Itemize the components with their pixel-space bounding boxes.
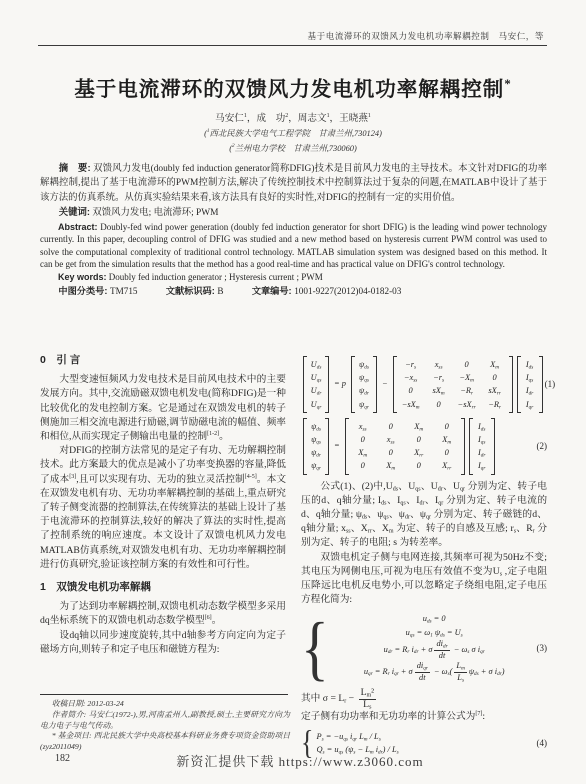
matrix-cell: −xss xyxy=(397,371,425,384)
page-title: 基于电流滞环的双馈风力发电机功率解耦控制* xyxy=(40,72,546,102)
page-number: 182 xyxy=(55,753,70,764)
flux-vector-2: ψdsψqsψdrψqr xyxy=(303,418,329,475)
page-title-text: 基于电流滞环的双馈风力发电机功率解耦控制 xyxy=(74,79,504,101)
matrix-cell: Xm xyxy=(405,420,433,433)
current-vector: IdsIqsIdrIqr xyxy=(517,356,543,413)
matrix-cell: 0 xyxy=(433,446,461,459)
equation-line: udr = Rr idr + σdidrdt − ωs σ iqr xyxy=(384,639,485,661)
vector-entry: ψqs xyxy=(355,371,373,384)
article-id-value: 1001-9227(2012)04-0182-03 xyxy=(294,286,401,296)
running-head: 基于电流滞环的双馈风力发电机功率解耦控制 马安仁，等 xyxy=(308,30,544,42)
matrix-cell: 0 xyxy=(349,459,377,472)
received-date: 收稿日期: 2012-03-24 xyxy=(40,699,290,710)
matrix-cell: 0 xyxy=(397,384,425,397)
abstract-cn: 摘 要: 双馈风力发电(doubly fed induction generat… xyxy=(40,161,547,205)
section1-paragraph-1: 为了达到功率解耦控制,双馈电机动态数学模型多采用dq坐标系统下的双馈电机动态数学… xyxy=(40,600,286,628)
vector-entry: Iqr xyxy=(521,398,539,411)
equation-1-minus: − xyxy=(382,378,388,391)
keywords-en: Key words: Doubly fed induction generato… xyxy=(40,271,547,284)
impedance-matrix: −rsxss0Xm−xss−rs−Xm00sXm−RrsXrr−sXm0−sXr… xyxy=(393,356,513,413)
doc-code: 文献标识码: B xyxy=(166,286,224,296)
equation-line: Ps = −uqs iqr Lm / Ls xyxy=(316,730,380,744)
matrix-cell: 0 xyxy=(425,398,453,411)
current-vector-2: IdsIqsIdrIqr xyxy=(469,418,495,475)
meta-block: 摘 要: 双馈风力发电(doubly fed induction generat… xyxy=(40,161,547,298)
matrix-cell: Xm xyxy=(349,446,377,459)
affiliation-2: (2兰州电力学校 甘肃兰州,730060) xyxy=(40,142,546,154)
vector-entry: ψqr xyxy=(307,459,325,472)
matrix-row: −xss−rs−Xm0 xyxy=(397,371,509,384)
equation-4-number: (4) xyxy=(537,737,548,750)
voltage-vector: UdsUqsUdrUqr xyxy=(303,356,329,413)
equation-3: { uds = 0uqs = ω1 ψds = Usudr = Rr idr +… xyxy=(301,612,547,683)
intro-paragraph-2: 对DFIG的控制方法常见的是定子有功、无功解耦控制技术。此方案最大的优点是减小了… xyxy=(40,444,286,572)
author-bio: 作者简介: 马安仁(1972-),男,河南孟州人,副教授,硕士,主要研究方向为电… xyxy=(40,710,290,732)
section1-paragraph-2: 设dq轴以同步速度旋转,其中d轴参考方向定向为定子磁场方向,则转子和定子电压和磁… xyxy=(40,629,286,657)
matrix-cell: Xm xyxy=(433,433,461,446)
matrix-row: −rsxss0Xm xyxy=(397,358,509,371)
matrix-cell: sXm xyxy=(425,384,453,397)
matrix-row: 0sXm−RrsXrr xyxy=(397,384,509,397)
symbols-paragraph: 公式(1)、(2)中,Uds、Uqs、Udr、Uqr 分别为定、转子电压的d、q… xyxy=(301,480,547,551)
matrix-cell: 0 xyxy=(481,371,509,384)
equation-2-number: (2) xyxy=(537,440,548,453)
vector-entry: ψdr xyxy=(307,446,325,459)
flux-vector: ψdsψqsψdrψqr xyxy=(351,356,377,413)
equation-3-number: (3) xyxy=(537,642,548,655)
matrix-cell: −Rr xyxy=(481,398,509,411)
vector-entry: Iqs xyxy=(521,371,539,384)
matrix-row: xss0Xm0 xyxy=(349,420,461,433)
matrix-cell: 0 xyxy=(377,420,405,433)
equation-line: uqs = ω1 ψds = Us xyxy=(406,626,463,640)
vector-entry: Uqr xyxy=(307,398,325,411)
matrix-row: 0Xm0Xrr xyxy=(349,459,461,472)
equation-1: UdsUqsUdrUqr = p ψdsψqsψdrψqr − −rsxss0X… xyxy=(301,356,547,413)
power-formula-intro: 定子侧有功功率和无功功率的计算公式为[7]: xyxy=(301,710,547,724)
matrix-cell: xss xyxy=(425,358,453,371)
matrix-row: −sXm0−sXrr−Rr xyxy=(397,398,509,411)
equation-2-equals: = xyxy=(334,440,340,453)
matrix-cell: Xrr xyxy=(405,446,433,459)
abstract-en-label: Abstract: xyxy=(58,222,98,232)
doc-code-label: 文献标识码: xyxy=(166,286,218,296)
matrix-cell: 0 xyxy=(453,358,481,371)
equation-line: uqr = Rr iqr + σdiqrdt − ωs(LmLsψds + σ … xyxy=(364,661,505,683)
section-heading-0: 0 引 言 xyxy=(40,353,286,367)
matrix-cell: 0 xyxy=(377,446,405,459)
matrix-row: Xm0Xrr0 xyxy=(349,446,461,459)
paper-page: 基于电流滞环的双馈风力发电机功率解耦控制 马安仁，等 基于电流滞环的双馈风力发电… xyxy=(0,0,586,784)
matrix-cell: −sXm xyxy=(397,398,425,411)
abstract-cn-text: 双馈风力发电(doubly fed induction generator简称D… xyxy=(40,164,547,203)
footnote-rule xyxy=(40,694,288,695)
authors-line: 马安仁1，成 功2，周志文1，王晓燕1 xyxy=(40,110,546,124)
fund-project: * 基金项目: 西北民族大学中央高校基本科研业务费专项资金资助项目(zyz201… xyxy=(40,731,290,753)
matrix-cell: Xm xyxy=(377,459,405,472)
footnote-block: 收稿日期: 2012-03-24 作者简介: 马安仁(1972-),男,河南孟州… xyxy=(40,694,290,753)
vector-entry: Ids xyxy=(473,420,491,433)
matrix-cell: xss xyxy=(377,433,405,446)
equation-line: uds = 0 xyxy=(423,612,446,626)
matrix-cell: −sXrr xyxy=(453,398,481,411)
matrix-cell: 0 xyxy=(405,459,433,472)
grid-connection-paragraph: 双馈电机定子侧与电网连接,其频率可视为50Hz不变;其电压为网侧电压,可视为电压… xyxy=(301,551,547,608)
vector-entry: Idr xyxy=(473,446,491,459)
title-block: 基于电流滞环的双馈风力发电机功率解耦控制* 马安仁1，成 功2，周志文1，王晓燕… xyxy=(40,72,546,154)
matrix-cell: −Rr xyxy=(453,384,481,397)
keywords-cn: 关键词: 双馈风力发电; 电流滞环; PWM xyxy=(40,205,547,220)
watermark: 新资汇提供下载 https://www.z3060.com xyxy=(120,751,480,770)
vector-entry: Uqs xyxy=(307,371,325,384)
vector-entry: Iqr xyxy=(473,459,491,472)
equation-2: ψdsψqsψdrψqr = xss0Xm00xss0XmXm0Xrr00Xm0… xyxy=(301,418,547,475)
title-footnote-mark: * xyxy=(504,77,511,91)
matrix-cell: 0 xyxy=(433,420,461,433)
equation-3-lines: uds = 0uqs = ω1 ψds = Usudr = Rr idr + σ… xyxy=(332,612,537,683)
vector-entry: Uds xyxy=(307,358,325,371)
equation-1-operator-p: = p xyxy=(334,378,346,391)
matrix-cell: Xrr xyxy=(433,459,461,472)
intro-paragraph-1: 大型变速恒频风力发电技术是目前风电技术中的主要发展方向。其中,交流励磁双馈电机发… xyxy=(40,373,286,444)
matrix-cell: xss xyxy=(349,420,377,433)
article-id-label: 文章编号: xyxy=(252,286,294,296)
equation-1-number: (1) xyxy=(545,378,556,391)
running-head-rule xyxy=(38,45,547,46)
abstract-en-text: Doubly-fed wind power generation (doubly… xyxy=(40,222,547,270)
vector-entry: ψqr xyxy=(355,398,373,411)
keywords-en-label: Key words: xyxy=(58,272,107,282)
clc-value: TM715 xyxy=(110,286,138,296)
vector-entry: ψqs xyxy=(307,433,325,446)
vector-entry: Iqs xyxy=(473,433,491,446)
abstract-cn-label: 摘 要: xyxy=(59,162,91,173)
sigma-definition: 其中 σ = Lr − Lm²Ls xyxy=(301,688,547,710)
doc-code-value: B xyxy=(217,286,223,296)
clc-label: 中图分类号: xyxy=(58,286,110,296)
matrix-cell: 0 xyxy=(349,433,377,446)
abstract-en: Abstract: Doubly-fed wind power generati… xyxy=(40,221,547,271)
matrix-cell: Xm xyxy=(481,358,509,371)
matrix-cell: −Xm xyxy=(453,371,481,384)
matrix-cell: 0 xyxy=(405,433,433,446)
vector-entry: Idr xyxy=(521,384,539,397)
vector-entry: ψdr xyxy=(355,384,373,397)
vector-entry: ψds xyxy=(307,420,325,433)
clc-line: 中图分类号: TM715 文献标识码: B 文章编号: 1001-9227(20… xyxy=(40,284,547,298)
keywords-en-text: Doubly fed induction generator ; Hystere… xyxy=(109,272,323,282)
article-id: 文章编号: 1001-9227(2012)04-0182-03 xyxy=(252,286,402,296)
vector-entry: Udr xyxy=(307,384,325,397)
inductance-matrix: xss0Xm00xss0XmXm0Xrr00Xm0Xrr xyxy=(345,418,465,475)
vector-entry: ψds xyxy=(355,358,373,371)
matrix-cell: −rs xyxy=(397,358,425,371)
right-column: UdsUqsUdrUqr = p ψdsψqsψdrψqr − −rsxss0X… xyxy=(301,351,547,762)
affiliation-1: (1西北民族大学电气工程学院 甘肃兰州,730124) xyxy=(40,127,546,139)
vector-entry: Ids xyxy=(521,358,539,371)
keywords-cn-label: 关键词: xyxy=(59,206,90,217)
matrix-cell: −rs xyxy=(425,371,453,384)
section-heading-1: 1 双馈发电机功率解耦 xyxy=(40,580,286,594)
matrix-cell: sXrr xyxy=(481,384,509,397)
clc-number: 中图分类号: TM715 xyxy=(58,286,137,296)
keywords-cn-text: 双馈风力发电; 电流滞环; PWM xyxy=(92,208,218,218)
matrix-row: 0xss0Xm xyxy=(349,433,461,446)
